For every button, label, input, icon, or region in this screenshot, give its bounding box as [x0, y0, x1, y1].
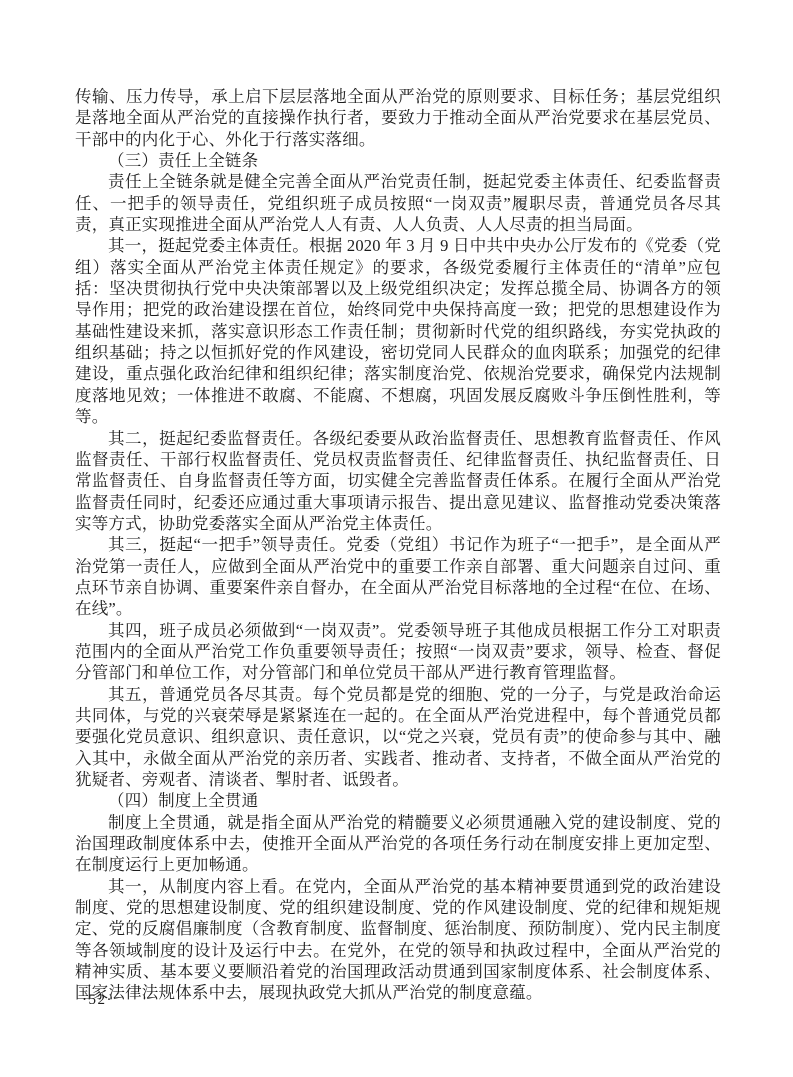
- paragraph: 其五，普通党员各尽其责。每个党员都是党的细胞、党的一分子，与党是政治命运共同体，…: [75, 684, 721, 791]
- paragraph: 传输、压力传导，承上启下层层落地全面从严治党的原则要求、目标任务；基层党组织是落…: [75, 86, 721, 150]
- paragraph: 责任上全链条就是健全完善全面从严治党责任制，挺起党委主体责任、纪委监督责任、一把…: [75, 171, 721, 235]
- document-page: 传输、压力传导，承上启下层层落地全面从严治党的原则要求、目标任务；基层党组织是落…: [0, 0, 793, 1077]
- paragraph: 其一，挺起党委主体责任。根据 2020 年 3 月 9 日中共中央办公厅发布的《…: [75, 235, 721, 427]
- section-heading: （四）制度上全贯通: [75, 790, 721, 811]
- section-heading: （三）责任上全链条: [75, 150, 721, 171]
- page-number: ·52·: [82, 992, 113, 1009]
- paragraph: 制度上全贯通，就是指全面从严治党的精髓要义必须贯通融入党的建设制度、党的治国理政…: [75, 812, 721, 876]
- paragraph: 其三，挺起“一把手”领导责任。党委（党组）书记作为班子“一把手”，是全面从严治党…: [75, 534, 721, 619]
- paragraph: 其四，班子成员必须做到“一岗双责”。党委领导班子其他成员根据工作分工对职责范围内…: [75, 620, 721, 684]
- paragraph: 其一，从制度内容上看。在党内，全面从严治党的基本精神要贯通到党的政治建设制度、党…: [75, 876, 721, 1004]
- text-block: 传输、压力传导，承上启下层层落地全面从严治党的原则要求、目标任务；基层党组织是落…: [75, 86, 721, 1004]
- paragraph: 其二，挺起纪委监督责任。各级纪委要从政治监督责任、思想教育监督责任、作风监督责任…: [75, 428, 721, 535]
